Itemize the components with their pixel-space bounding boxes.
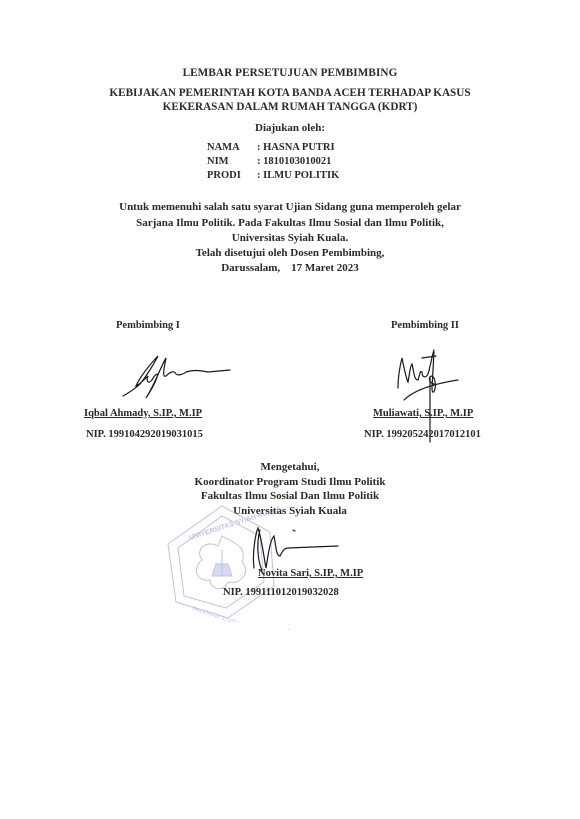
- identity-row-name: NAMA : HASNA PUTRI: [207, 141, 339, 155]
- identity-row-nim: NIM : 1810103010021: [207, 155, 339, 169]
- thesis-title-line-1: KEBIJAKAN PEMERINTAH KOTA BANDA ACEH TER…: [0, 86, 580, 100]
- advisor-2-nip: NIP. 199205242017012101: [364, 429, 481, 440]
- thesis-title-line-2: KEKERASAN DALAM RUMAH TANGGA (KDRT): [0, 100, 580, 114]
- identity-row-prodi: PRODI : ILMU POLITIK: [207, 169, 339, 183]
- purpose-line-3: Universitas Syiah Kuala.: [0, 231, 580, 247]
- advisor-1-name: Iqbal Ahmady, S.IP., M.IP: [84, 408, 202, 419]
- identity-label: NIM: [207, 155, 257, 169]
- coordinator-signature: [250, 522, 340, 574]
- scan-speck: [289, 629, 290, 630]
- acknowledgement-block: Mengetahui, Koordinator Program Studi Il…: [0, 460, 580, 518]
- identity-value: : HASNA PUTRI: [257, 141, 335, 155]
- svg-text:PROGRAM STUDI ILMU POLITIK: PROGRAM STUDI ILMU POLITIK: [191, 606, 273, 622]
- university-name: Universitas Syiah Kuala: [0, 504, 580, 519]
- advisor-1-role: Pembimbing I: [116, 320, 180, 331]
- submitted-by-label: Diajukan oleh:: [0, 121, 580, 135]
- advisor-2-name: Muliawati, S.IP., M.IP: [373, 408, 473, 419]
- purpose-line-2: Sarjana Ilmu Politik. Pada Fakultas Ilmu…: [0, 216, 580, 232]
- coordinator-title: Koordinator Program Studi Ilmu Politik: [0, 475, 580, 490]
- identity-value: : 1810103010021: [257, 155, 331, 169]
- identity-label: NAMA: [207, 141, 257, 155]
- approval-line: Telah disetujui oleh Dosen Pembimbing,: [0, 246, 580, 261]
- approval-sheet-page: LEMBAR PERSETUJUAN PEMBIMBING KEBIJAKAN …: [0, 0, 580, 819]
- acknowledged-heading: Mengetahui,: [0, 460, 580, 475]
- approval-statement: Telah disetujui oleh Dosen Pembimbing, D…: [0, 246, 580, 276]
- place-date: Darussalam, 17 Maret 2023: [0, 261, 580, 276]
- faculty-name: Fakultas Ilmu Sosial Dan Ilmu Politik: [0, 489, 580, 504]
- advisor-1-signature: [118, 352, 238, 402]
- purpose-line-1: Untuk memenuhi salah satu syarat Ujian S…: [0, 200, 580, 216]
- advisor-1-nip: NIP. 199104292019031015: [86, 429, 203, 440]
- thesis-title: KEBIJAKAN PEMERINTAH KOTA BANDA ACEH TER…: [0, 86, 580, 114]
- identity-label: PRODI: [207, 169, 257, 183]
- document-title: LEMBAR PERSETUJUAN PEMBIMBING: [0, 66, 580, 80]
- identity-value: : ILMU POLITIK: [257, 169, 339, 183]
- advisor-2-role: Pembimbing II: [391, 320, 459, 331]
- coordinator-nip: NIP. 199111012019032028: [223, 587, 339, 598]
- student-identity-block: NAMA : HASNA PUTRI NIM : 1810103010021 P…: [207, 141, 339, 183]
- purpose-statement: Untuk memenuhi salah satu syarat Ujian S…: [0, 200, 580, 247]
- coordinator-name: Novita Sari, S.IP., M.IP: [258, 568, 363, 579]
